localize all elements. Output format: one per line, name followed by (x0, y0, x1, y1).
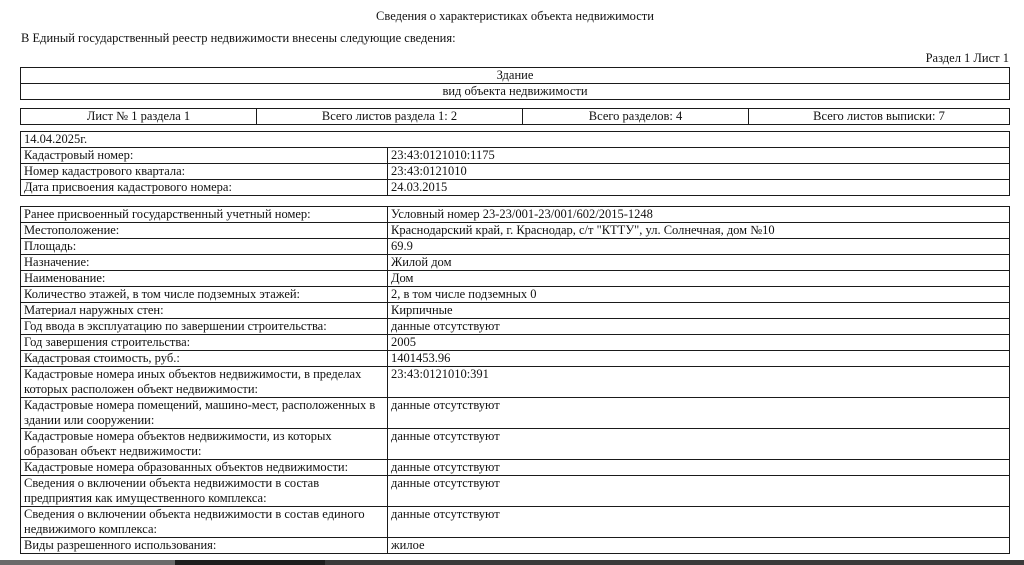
table-row: Номер кадастрового квартала:23:43:012101… (21, 164, 1010, 180)
field-label: Дата присвоения кадастрового номера: (21, 180, 388, 196)
field-value: 69.9 (388, 239, 1010, 255)
field-label: Кадастровые номера помещений, машино-мес… (21, 398, 388, 429)
section-reference: Раздел 1 Лист 1 (926, 51, 1009, 66)
table-row: Кадастровые номера образованных объектов… (21, 460, 1010, 476)
intro-text: В Единый государственный реестр недвижим… (21, 31, 456, 46)
field-label: Год завершения строительства: (21, 335, 388, 351)
table-row: Кадастровые номера иных объектов недвижи… (21, 367, 1010, 398)
field-value: 23:43:0121010:1175 (388, 148, 1010, 164)
field-value: 2, в том числе подземных 0 (388, 287, 1010, 303)
field-value: жилое (388, 538, 1010, 554)
field-value: 1401453.96 (388, 351, 1010, 367)
field-value: Кирпичные (388, 303, 1010, 319)
field-label: Ранее присвоенный государственный учетны… (21, 207, 388, 223)
total-sheets: Всего листов выписки: 7 (749, 109, 1010, 125)
table-row: Сведения о включении объекта недвижимост… (21, 507, 1010, 538)
field-value: Краснодарский край, г. Краснодар, с/т "К… (388, 223, 1010, 239)
table-row: Кадастровые номера помещений, машино-мес… (21, 398, 1010, 429)
object-type-table: Здание вид объекта недвижимости (20, 67, 1010, 100)
field-label: Виды разрешенного использования: (21, 538, 388, 554)
table-row: Год ввода в эксплуатацию по завершении с… (21, 319, 1010, 335)
viewer-bottom-bar (0, 560, 1024, 565)
field-label: Наименование: (21, 271, 388, 287)
table-row: Дата присвоения кадастрового номера:24.0… (21, 180, 1010, 196)
field-label: Кадастровый номер: (21, 148, 388, 164)
characteristics-table: Ранее присвоенный государственный учетны… (20, 206, 1010, 554)
sheets-info-table: Лист № 1 раздела 1 Всего листов раздела … (20, 108, 1010, 125)
extract-date: 14.04.2025г. (21, 132, 1010, 148)
table-row: Площадь:69.9 (21, 239, 1010, 255)
total-sections: Всего разделов: 4 (523, 109, 749, 125)
field-value: 23:43:0121010:391 (388, 367, 1010, 398)
table-row: Кадастровые номера объектов недвижимости… (21, 429, 1010, 460)
field-label: Материал наружных стен: (21, 303, 388, 319)
field-value: данные отсутствуют (388, 398, 1010, 429)
field-value: Дом (388, 271, 1010, 287)
scrollbar-thumb[interactable] (0, 560, 175, 565)
field-label: Кадастровые номера образованных объектов… (21, 460, 388, 476)
field-label: Количество этажей, в том числе подземных… (21, 287, 388, 303)
table-row: Виды разрешенного использования:жилое (21, 538, 1010, 554)
table-row: Наименование:Дом (21, 271, 1010, 287)
field-label: Площадь: (21, 239, 388, 255)
field-value: Условный номер 23-23/001-23/001/602/2015… (388, 207, 1010, 223)
field-value: 24.03.2015 (388, 180, 1010, 196)
scrollbar-segment (175, 560, 325, 565)
sheet-number: Лист № 1 раздела 1 (21, 109, 257, 125)
table-row: Количество этажей, в том числе подземных… (21, 287, 1010, 303)
sheets-in-section: Всего листов раздела 1: 2 (257, 109, 523, 125)
table-row: Назначение:Жилой дом (21, 255, 1010, 271)
table-row: Кадастровый номер:23:43:0121010:1175 (21, 148, 1010, 164)
cadastral-summary-table: 14.04.2025г. Кадастровый номер:23:43:012… (20, 131, 1010, 196)
field-label: Кадастровые номера объектов недвижимости… (21, 429, 388, 460)
table-row: Год завершения строительства:2005 (21, 335, 1010, 351)
table-row: Местоположение:Краснодарский край, г. Кр… (21, 223, 1010, 239)
field-label: Сведения о включении объекта недвижимост… (21, 476, 388, 507)
field-value: 23:43:0121010 (388, 164, 1010, 180)
table-row: Сведения о включении объекта недвижимост… (21, 476, 1010, 507)
field-label: Назначение: (21, 255, 388, 271)
field-label: Кадастровые номера иных объектов недвижи… (21, 367, 388, 398)
field-value: данные отсутствуют (388, 476, 1010, 507)
field-label: Сведения о включении объекта недвижимост… (21, 507, 388, 538)
document-title: Сведения о характеристиках объекта недви… (0, 9, 1024, 24)
field-label: Кадастровая стоимость, руб.: (21, 351, 388, 367)
field-value: данные отсутствуют (388, 460, 1010, 476)
field-label: Номер кадастрового квартала: (21, 164, 388, 180)
field-label: Местоположение: (21, 223, 388, 239)
object-type-caption: вид объекта недвижимости (21, 84, 1010, 100)
field-value: данные отсутствуют (388, 507, 1010, 538)
field-value: 2005 (388, 335, 1010, 351)
field-value: данные отсутствуют (388, 319, 1010, 335)
field-label: Год ввода в эксплуатацию по завершении с… (21, 319, 388, 335)
field-value: данные отсутствуют (388, 429, 1010, 460)
table-row: Кадастровая стоимость, руб.:1401453.96 (21, 351, 1010, 367)
field-value: Жилой дом (388, 255, 1010, 271)
table-row: Материал наружных стен:Кирпичные (21, 303, 1010, 319)
object-type-value: Здание (21, 68, 1010, 84)
table-row: Ранее присвоенный государственный учетны… (21, 207, 1010, 223)
